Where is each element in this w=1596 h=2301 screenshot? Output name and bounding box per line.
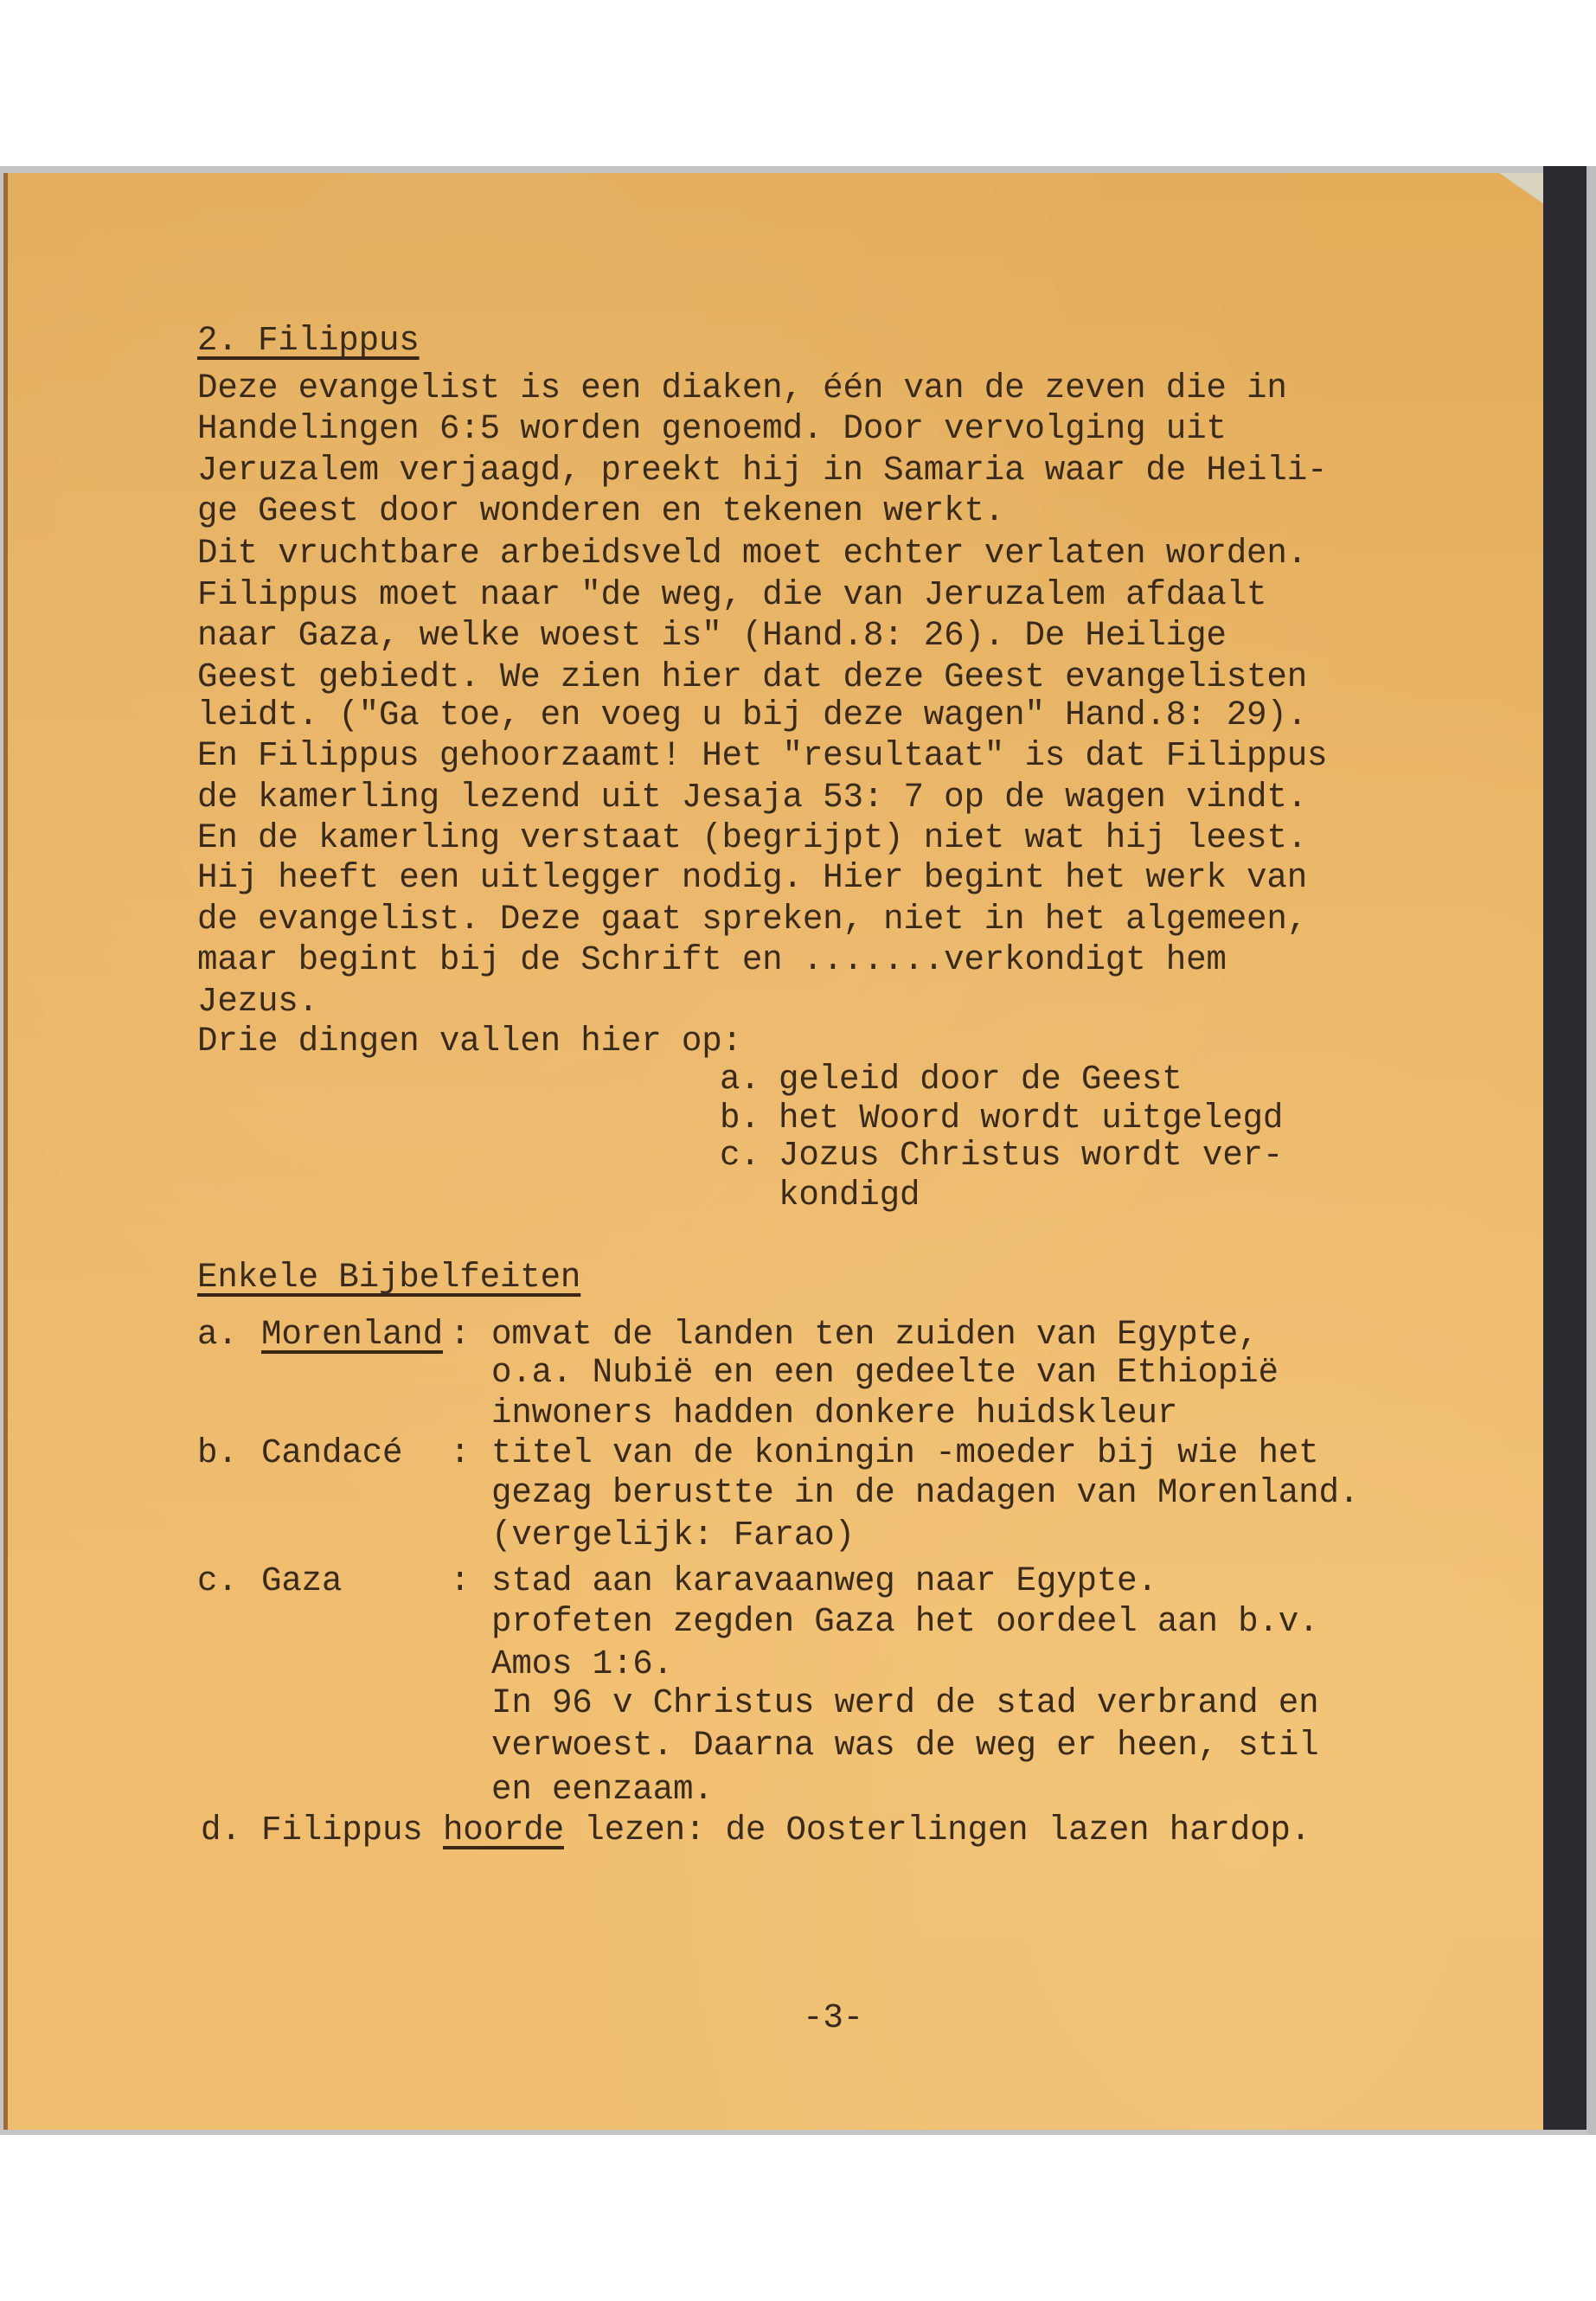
fact-marker: d. (201, 1811, 241, 1850)
point-marker: b. (720, 1100, 760, 1138)
paragraph-line: Dit vruchtbare arbeidsveld moet echter v… (197, 535, 1307, 574)
fact-line: profeten zegden Gaza het oordeel aan b.v… (491, 1604, 1318, 1642)
paragraph-line: ge Geest door wonderen en tekenen werkt. (197, 493, 1004, 531)
paragraph-line: En de kamerling verstaat (begrijpt) niet… (197, 820, 1307, 858)
fact-suffix: lezen: de Oosterlingen lazen hardop. (564, 1811, 1311, 1850)
fact-line: inwoners hadden donkere huidskleur (491, 1395, 1177, 1433)
fact-emphasis: hoorde (443, 1811, 564, 1850)
fact-line: stad aan karavaanweg naar Egypte. (491, 1563, 1157, 1601)
fact-line: o.a. Nubië en een gedeelte van Ethiopië (491, 1355, 1279, 1393)
scan-grey-border (1586, 166, 1596, 2135)
fact-separator: : (450, 1317, 470, 1355)
paper-corner-fold (1497, 173, 1543, 208)
point-text: Jozus Christus wordt ver- (779, 1138, 1283, 1176)
fact-term: Morenland (261, 1317, 443, 1355)
fact-line: Amos 1:6. (491, 1646, 673, 1684)
fact-line: verwoest. Daarna was de weg er heen, sti… (491, 1727, 1318, 1766)
fact-line: en eenzaam. (491, 1772, 714, 1810)
fact-line: titel van de koningin -moeder bij wie he… (491, 1435, 1318, 1473)
section-heading: 2. Filippus (197, 323, 420, 361)
fact-term: Gaza (261, 1563, 342, 1601)
paragraph-line: de evangelist. Deze gaat spreken, niet i… (197, 901, 1307, 939)
scan-dark-border (1543, 166, 1586, 2130)
paragraph-line: En Filippus gehoorzaamt! Het "resultaat"… (197, 738, 1327, 776)
paragraph-line: leidt. ("Ga toe, en voeg u bij deze wage… (197, 697, 1307, 735)
fact-line: In 96 v Christus werd de stad verbrand e… (491, 1685, 1318, 1723)
point-text: kondigd (779, 1177, 920, 1215)
paragraph-line: de kamerling lezend uit Jesaja 53: 7 op … (197, 779, 1307, 817)
point-text: geleid door de Geest (779, 1061, 1183, 1099)
paragraph-line: Jeruzalem verjaagd, preekt hij in Samari… (197, 452, 1327, 490)
paragraph-line: Drie dingen vallen hier op: (197, 1023, 742, 1061)
point-marker: a. (720, 1061, 760, 1099)
fact-separator: : (450, 1563, 470, 1601)
fact-line: gezag berustte in de nadagen van Morenla… (491, 1475, 1359, 1513)
paragraph-line: Hij heeft een uitlegger nodig. Hier begi… (197, 860, 1307, 898)
fact-marker: b. (197, 1435, 238, 1473)
fact-line: (vergelijk: Farao) (491, 1517, 855, 1555)
paragraph-line: Handelingen 6:5 worden genoemd. Door ver… (197, 411, 1227, 449)
point-text: het Woord wordt uitgelegd (779, 1100, 1283, 1138)
fact-separator: : (450, 1435, 470, 1473)
paragraph-line: maar begint bij de Schrift en .......ver… (197, 942, 1227, 980)
fact-term: Candacé (261, 1435, 402, 1473)
fact-marker: a. (197, 1317, 238, 1355)
paragraph-line: Geest gebiedt. We zien hier dat deze Gee… (197, 659, 1307, 697)
paragraph-line: naar Gaza, welke woest is" (Hand.8: 26).… (197, 618, 1227, 656)
fact-line: omvat de landen ten zuiden van Egypte, (491, 1317, 1258, 1355)
fact-prefix: Filippus (261, 1811, 443, 1850)
fact-last-item: d. Filippus hoorde lezen: de Oosterlinge… (201, 1812, 1311, 1850)
facts-heading: Enkele Bijbelfeiten (197, 1259, 580, 1298)
paragraph-line: Jezus. (197, 984, 318, 1022)
paragraph-line: Deze evangelist is een diaken, één van d… (197, 370, 1287, 408)
fact-marker: c. (197, 1563, 238, 1601)
point-marker: c. (720, 1138, 760, 1176)
paragraph-line: Filippus moet naar "de weg, die van Jeru… (197, 577, 1266, 615)
page-number: -3- (803, 2000, 863, 2038)
